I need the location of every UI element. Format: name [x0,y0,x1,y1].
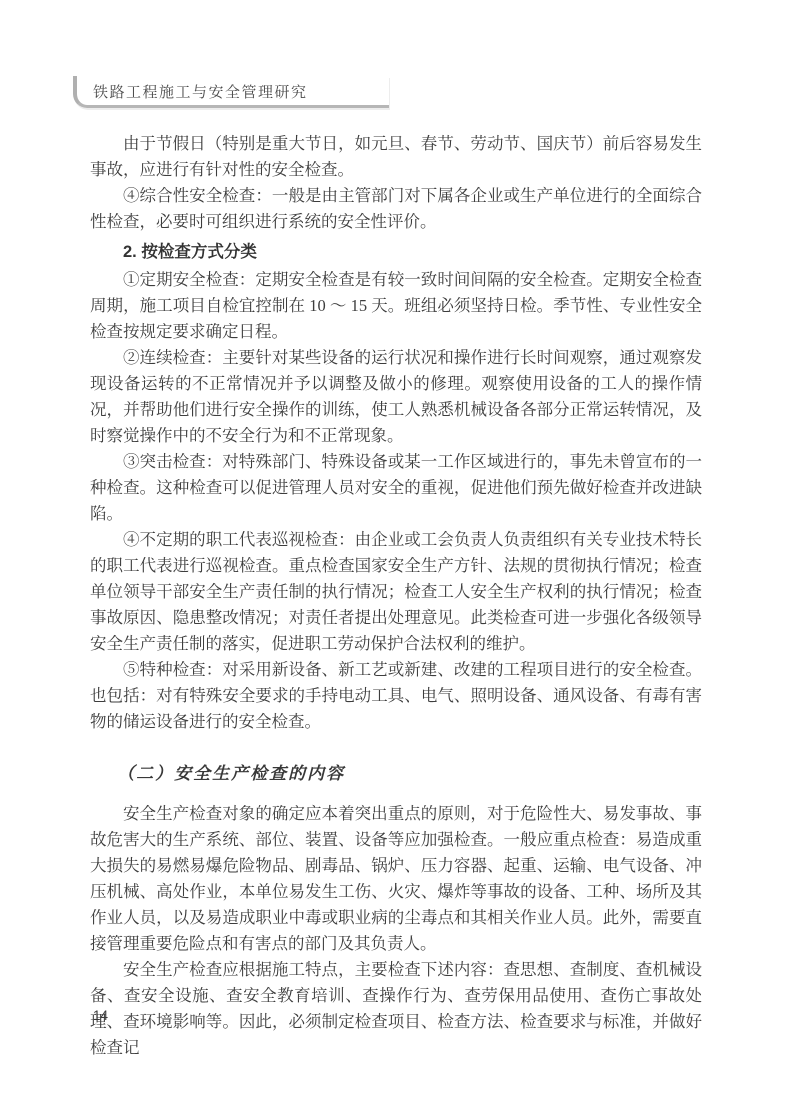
paragraph-comprehensive-check: ④综合性安全检查：一般是由主管部门对下属各企业或生产单位进行的全面综合性检查，必… [90,183,702,235]
paragraph-holiday-checks: 由于节假日（特别是重大节日，如元旦、春节、劳动节、国庆节）前后容易发生事故，应进… [90,131,702,183]
paragraph-continuous-check: ②连续检查：主要针对某些设备的运行状况和操作进行长时间观察，通过观察发现设备运转… [90,345,702,449]
paragraph-inspection-targets: 安全生产检查对象的确定应本着突出重点的原则，对于危险性大、易发事故、事故危害大的… [90,801,702,957]
paragraph-special-check: ⑤特种检查：对采用新设备、新工艺或新建、改建的工程项目进行的安全检查。也包括：对… [90,657,702,735]
running-header-title: 铁路工程施工与安全管理研究 [93,81,308,102]
paragraph-worker-representative-patrol-check: ④不定期的职工代表巡视检查：由企业或工会负责人负责组织有关专业技术特长的职工代表… [90,527,702,657]
paragraph-periodic-check: ①定期安全检查：定期安全检查是有较一致时间间隔的安全检查。定期安全检查周期，施工… [90,267,702,345]
heading-classification-by-method: 2. 按检查方式分类 [90,239,702,265]
book-page: 铁路工程施工与安全管理研究 由于节假日（特别是重大节日，如元旦、春节、劳动节、国… [0,0,790,1100]
page-number: 14 [93,1008,108,1023]
paragraph-surprise-check: ③突击检查：对特殊部门、特殊设备或某一工作区域进行的，事先未曾宣布的一种检查。这… [90,449,702,527]
paragraph-inspection-items: 安全生产检查应根据施工特点，主要检查下述内容：查思想、查制度、查机械设备、查安全… [90,957,702,1061]
heading-inspection-content: （二）安全生产检查的内容 [90,761,702,787]
page-body: 由于节假日（特别是重大节日，如元旦、春节、劳动节、国庆节）前后容易发生事故，应进… [90,131,702,1061]
